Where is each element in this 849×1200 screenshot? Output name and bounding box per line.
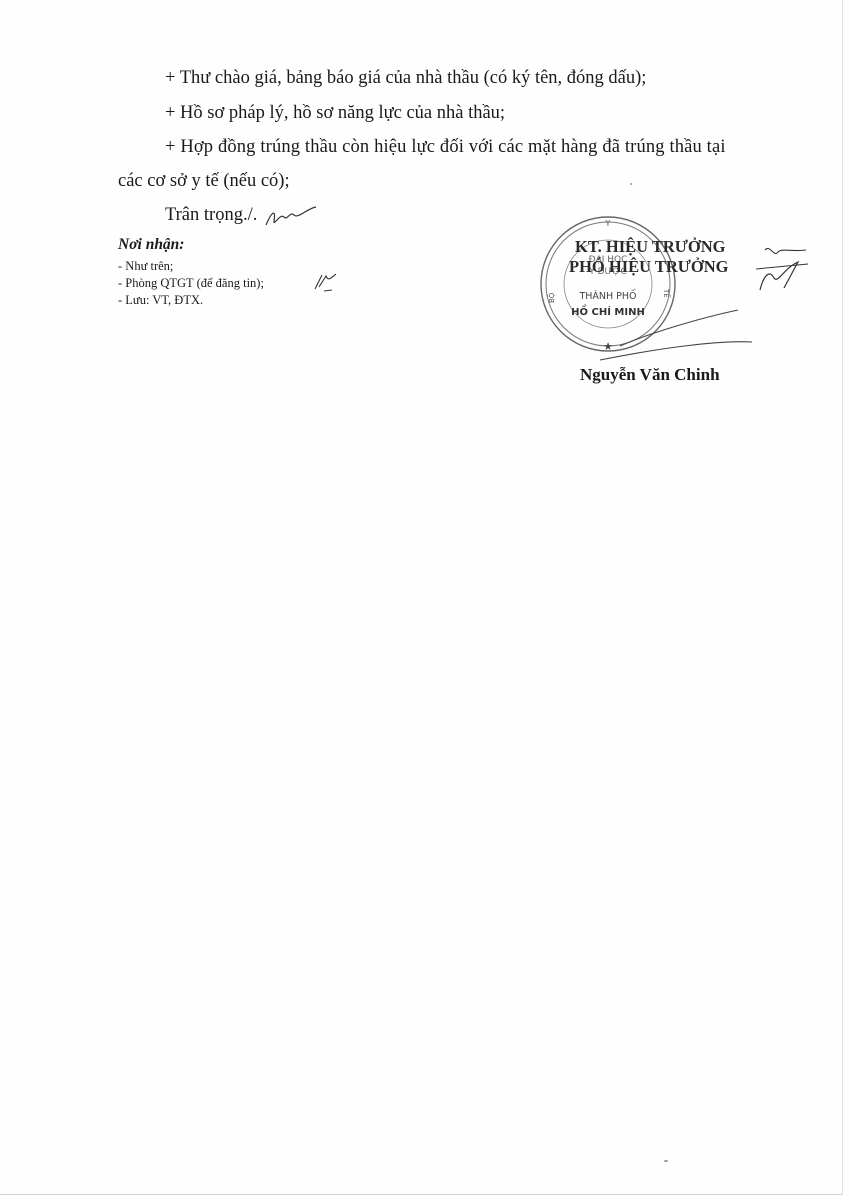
svg-text:Y: Y bbox=[605, 219, 611, 228]
page-edge-right bbox=[842, 0, 843, 1195]
svg-text:BỘ: BỘ bbox=[547, 292, 556, 303]
recipient-item: - Phòng QTGT (để đăng tin); bbox=[118, 276, 264, 291]
closing-text: Trân trọng./. bbox=[165, 204, 257, 226]
recipient-item: - Như trên; bbox=[118, 259, 173, 274]
recipients-title: Nơi nhận: bbox=[118, 236, 184, 254]
requirement-contracts-continued: các cơ sở y tế (nếu có); bbox=[118, 170, 290, 192]
requirement-contracts: + Hợp đồng trúng thầu còn hiệu lực đối v… bbox=[165, 136, 726, 158]
page-edge-bottom bbox=[0, 1194, 842, 1195]
scan-speck bbox=[630, 183, 632, 185]
requirement-price-quote: + Thư chào giá, bảng báo giá của nhà thầ… bbox=[165, 67, 646, 89]
initials-signature-icon bbox=[262, 203, 318, 229]
signature-icon bbox=[560, 238, 810, 363]
requirement-legal-docs: + Hồ sơ pháp lý, hồ sơ năng lực của nhà … bbox=[165, 102, 505, 124]
recipient-item: - Lưu: VT, ĐTX. bbox=[118, 293, 203, 308]
scan-speck bbox=[664, 1160, 668, 1162]
signer-name: Nguyễn Văn Chinh bbox=[580, 365, 720, 385]
initials-mark-icon bbox=[312, 271, 338, 293]
document-page: + Thư chào giá, bảng báo giá của nhà thầ… bbox=[0, 0, 849, 1200]
